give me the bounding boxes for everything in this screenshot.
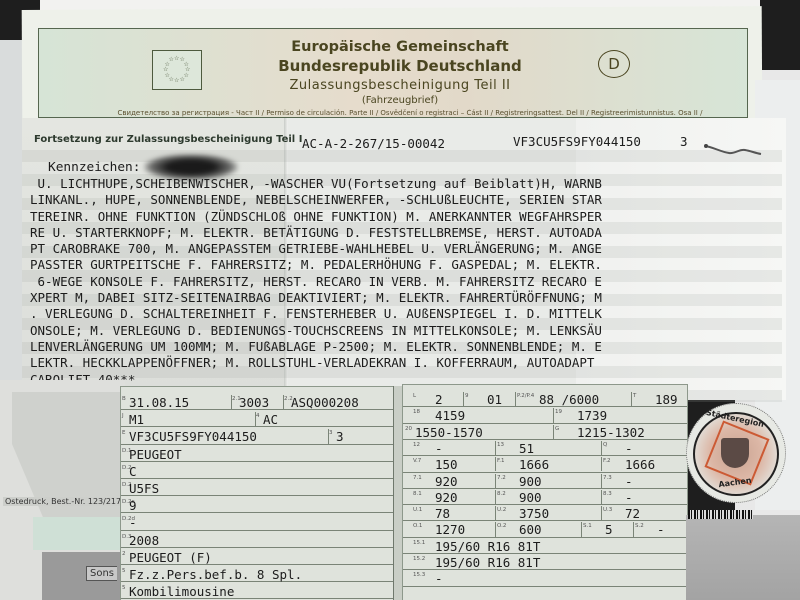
field-code: U.1 bbox=[413, 507, 422, 513]
field-code: 8.2 bbox=[497, 491, 506, 497]
cell-divider bbox=[515, 392, 516, 406]
cell-divider bbox=[601, 506, 602, 520]
cell-divider bbox=[601, 441, 602, 455]
cell-divider bbox=[495, 522, 496, 536]
remark-line: PT CAROBRAKE 700, M. ANGEPASSTEM GETRIEB… bbox=[30, 241, 602, 257]
field-code: 8.3 bbox=[603, 491, 612, 497]
field-value: 1739 bbox=[577, 408, 607, 423]
field-value: 1550-1570 bbox=[415, 425, 483, 440]
remark-line: . VERLEGUNG D. SCHALTEREINHEIT F. FENSTE… bbox=[30, 306, 602, 322]
remark-line: U. LICHTHUPE,SCHEIBENWISCHER, -WASCHER V… bbox=[30, 176, 602, 192]
field-value: ASQ000208 bbox=[291, 395, 359, 410]
remark-line: ONSOLE; M. VERLEGUNG D. BEDIENUNGS-TOUCH… bbox=[30, 323, 602, 339]
field-code: S.2 bbox=[635, 523, 644, 529]
background-sheet-green bbox=[33, 517, 125, 550]
field-code: S.1 bbox=[583, 523, 592, 529]
remarks-text: U. LICHTHUPE,SCHEIBENWISCHER, -WASCHER V… bbox=[30, 176, 602, 388]
field-value: 72 bbox=[625, 506, 640, 521]
cell-divider bbox=[581, 522, 582, 536]
field-value: Fz.z.Pers.bef.b. 8 Spl. bbox=[129, 567, 302, 582]
field-code: 3 bbox=[329, 430, 333, 436]
field-code: 4 bbox=[256, 413, 260, 419]
field-value: 01 bbox=[487, 392, 502, 407]
field-code: P.2/P.4 bbox=[517, 393, 534, 399]
field-value: 1666 bbox=[519, 457, 549, 472]
cell-divider bbox=[495, 457, 496, 471]
field-code: 7.3 bbox=[603, 475, 612, 481]
field-value: 88 /6000 bbox=[539, 392, 599, 407]
field-code: 9 bbox=[465, 393, 469, 399]
field-value: 51 bbox=[519, 441, 534, 456]
field-code: 18 bbox=[413, 409, 420, 415]
background-label: Sons bbox=[86, 566, 117, 581]
cell-divider bbox=[601, 457, 602, 471]
remark-line: 6-WEGE KONSOLE F. FAHRERSITZ, HERST. REC… bbox=[30, 274, 602, 290]
field-value: 3003 bbox=[239, 395, 269, 410]
field-value: 3750 bbox=[519, 506, 549, 521]
field-code: 15.3 bbox=[413, 572, 425, 578]
field-value: - bbox=[625, 474, 633, 489]
field-code: 20 bbox=[405, 426, 412, 432]
cell-divider bbox=[553, 425, 554, 439]
field-code: 7.1 bbox=[413, 475, 422, 481]
field-value: 3 bbox=[336, 429, 344, 444]
field-value: - bbox=[129, 515, 137, 530]
cell-divider bbox=[633, 522, 634, 536]
field-value: 1270 bbox=[435, 522, 465, 537]
cell-divider bbox=[631, 392, 632, 406]
coat-of-arms-icon bbox=[721, 438, 749, 468]
cell-divider bbox=[495, 490, 496, 504]
field-value: 600 bbox=[519, 522, 542, 537]
field-value: - bbox=[657, 522, 665, 537]
field-value: 1215-1302 bbox=[577, 425, 645, 440]
field-code: O.2 bbox=[497, 523, 506, 529]
field-value: PEUGEOT (F) bbox=[129, 550, 212, 565]
card-row-line bbox=[121, 512, 394, 513]
registration-card-right: 901L2P.2/P.488 /6000T1891841591917392015… bbox=[402, 384, 688, 600]
card-row-line bbox=[121, 530, 394, 531]
remark-line: PASSTER GURTPEITSCHE F. FAHRERSITZ; M. P… bbox=[30, 257, 602, 273]
cell-divider bbox=[495, 441, 496, 455]
reference-number: AC-A-2-267/15-00042 bbox=[302, 136, 445, 151]
field-value: 195/60 R16 81T bbox=[435, 555, 540, 570]
field-value: - bbox=[435, 571, 443, 586]
field-value: 920 bbox=[435, 490, 458, 505]
field-code: G bbox=[555, 426, 559, 432]
field-value: Kombilimousine bbox=[129, 584, 234, 599]
field-value: C bbox=[129, 464, 137, 479]
field-value: - bbox=[625, 441, 633, 456]
printer-note: Ostedruck, Best.-Nr. 123/217 bbox=[3, 497, 123, 506]
field-value: 189 bbox=[655, 392, 678, 407]
field-value: 1666 bbox=[625, 457, 655, 472]
field-code: 2 bbox=[122, 551, 126, 557]
remark-line: LEKTR. HECKKLAPPENÖFFNER; M. ROLLSTUHL-V… bbox=[30, 355, 602, 371]
certificate-subtitle: (Fahrzeugbrief) bbox=[0, 95, 800, 106]
vin-number: VF3CU5FS9FY044150 bbox=[513, 134, 641, 149]
remark-line: RE U. STARTERKNOPF; M. ELEKTR. BETÄTIGUN… bbox=[30, 225, 602, 241]
cell-divider bbox=[328, 429, 329, 443]
field-value: VF3CU5FS9FY044150 bbox=[129, 429, 257, 444]
background-surface bbox=[686, 515, 800, 600]
field-value: 2008 bbox=[129, 533, 159, 548]
field-code: 19 bbox=[555, 409, 562, 415]
field-value: - bbox=[435, 441, 443, 456]
remark-line: XPERT M, DABEI SITZ-SEITENAIRBAG DEAKTIV… bbox=[30, 290, 602, 306]
field-code: 15.2 bbox=[413, 556, 425, 562]
field-code: 12 bbox=[413, 442, 420, 448]
field-code: V.7 bbox=[413, 458, 421, 464]
remark-line: TEREINR. OHNE FUNKTION (ZÜNDSCHLOß OHNE … bbox=[30, 209, 602, 225]
field-value: 900 bbox=[519, 474, 542, 489]
cell-divider bbox=[255, 412, 256, 426]
field-value: AC bbox=[263, 412, 278, 427]
certificate-title: Zulassungsbescheinigung Teil II bbox=[0, 78, 800, 93]
field-code: Q bbox=[603, 442, 607, 448]
remark-line: LENVERLÄNGERUNG UM 100MM; M. FUßABLAGE P… bbox=[30, 339, 602, 355]
country-code-badge: D bbox=[598, 50, 630, 78]
barcode-strip bbox=[688, 510, 753, 519]
cell-divider bbox=[495, 474, 496, 488]
field-value: 920 bbox=[435, 474, 458, 489]
multilanguage-strip: Свидетелство за регистрация - Част II / … bbox=[60, 109, 760, 117]
certificate-heading-eu: Europäische Gemeinschaft bbox=[0, 39, 800, 55]
staple-icon bbox=[703, 143, 763, 157]
field-value: U5FS bbox=[129, 481, 159, 496]
cell-divider bbox=[601, 490, 602, 504]
vin-check-digit: 3 bbox=[680, 134, 688, 149]
field-value: 78 bbox=[435, 506, 450, 521]
card-row-line bbox=[121, 426, 394, 427]
field-value: PEUGEOT bbox=[129, 447, 182, 462]
card-row-line bbox=[121, 547, 394, 548]
field-code: L bbox=[413, 393, 416, 399]
card-row-line bbox=[121, 495, 394, 496]
field-code: U.2 bbox=[497, 507, 506, 513]
continuation-title: Fortsetzung zur Zulassungsbescheinigung … bbox=[34, 134, 302, 145]
field-code: F.2 bbox=[603, 458, 611, 464]
field-code: J bbox=[122, 413, 124, 419]
certificate-heading-country: Bundesrepublik Deutschland bbox=[0, 57, 800, 75]
field-code: B bbox=[122, 396, 126, 402]
remark-line: LINKANL., HUPE, SONNENBLENDE, NEBELSCHEI… bbox=[30, 192, 602, 208]
cell-divider bbox=[553, 408, 554, 422]
registration-card-left: B31.08.152.130032.2ASQ0002084ACJM133EVF3… bbox=[120, 386, 395, 600]
field-code: U.3 bbox=[603, 507, 612, 513]
field-value: 31.08.15 bbox=[129, 395, 189, 410]
field-value: M1 bbox=[129, 412, 144, 427]
field-code: E bbox=[122, 430, 125, 436]
card-row-line bbox=[403, 586, 687, 587]
field-code: F.1 bbox=[497, 458, 505, 464]
field-value: 900 bbox=[519, 490, 542, 505]
plate-label: Kennzeichen: bbox=[48, 160, 140, 175]
field-code: O.1 bbox=[413, 523, 422, 529]
field-value: 2 bbox=[435, 392, 443, 407]
cell-divider bbox=[601, 474, 602, 488]
card-row-line bbox=[121, 478, 394, 479]
field-value: 5 bbox=[605, 522, 613, 537]
field-code: 8.1 bbox=[413, 491, 422, 497]
field-code: 5 bbox=[122, 585, 126, 591]
field-code: 15.1 bbox=[413, 540, 425, 546]
field-value: - bbox=[625, 490, 633, 505]
cell-divider bbox=[283, 395, 284, 409]
field-value: 9 bbox=[129, 498, 137, 513]
field-value: 4159 bbox=[435, 408, 465, 423]
cell-divider bbox=[231, 395, 232, 409]
field-code: 13 bbox=[497, 442, 504, 448]
cell-divider bbox=[463, 392, 464, 406]
field-code: 7.2 bbox=[497, 475, 506, 481]
cell-divider bbox=[495, 506, 496, 520]
card-row-line bbox=[403, 455, 687, 456]
field-value: 150 bbox=[435, 457, 458, 472]
field-code: 5 bbox=[122, 568, 126, 574]
field-code: T bbox=[633, 393, 636, 399]
field-value: 195/60 R16 81T bbox=[435, 539, 540, 554]
